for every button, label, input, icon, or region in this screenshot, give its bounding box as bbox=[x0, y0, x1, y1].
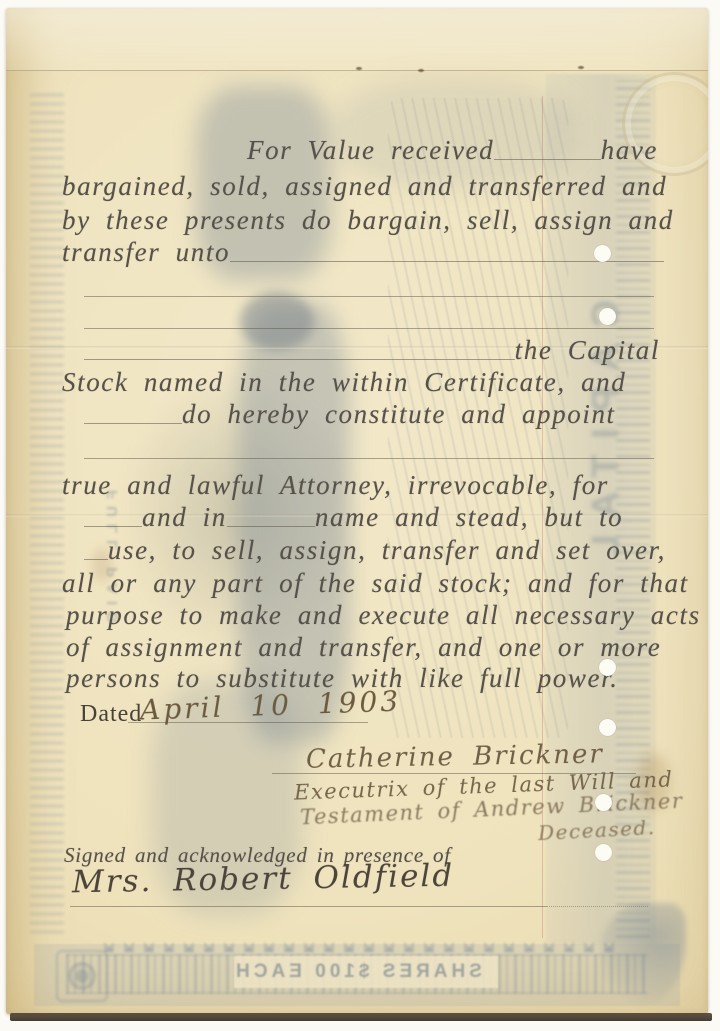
form-text: use, to sell, assign, transfer and set o… bbox=[108, 537, 666, 564]
shares-band-plate bbox=[234, 956, 498, 988]
form-line-9: and in name and stead, but to bbox=[84, 495, 662, 531]
form-line-11: all or any part of the said stock; and f… bbox=[62, 561, 689, 597]
blank-rule bbox=[84, 423, 182, 424]
form-text: name and stead, but to bbox=[315, 504, 623, 531]
blank-rule bbox=[84, 296, 654, 297]
paper-bottom-shadow bbox=[10, 1013, 712, 1021]
shares-mirrored-ghost-text: SHARES $100 EACH bbox=[6, 961, 708, 983]
punch-hole bbox=[595, 794, 612, 811]
form-text: bargained, sold, assigned and transferre… bbox=[62, 173, 667, 200]
blank-rule bbox=[227, 526, 315, 527]
date-rule bbox=[128, 722, 368, 723]
handwritten-capacity-line3: Deceased. bbox=[538, 817, 656, 843]
punch-hole bbox=[599, 659, 616, 676]
blank-rule bbox=[494, 159, 600, 160]
form-line-8: true and lawful Attorney, irrevocable, f… bbox=[62, 463, 609, 499]
crease-speck bbox=[578, 66, 584, 69]
form-text: do hereby constitute and appoint bbox=[182, 401, 616, 428]
form-line-4: transfer unto bbox=[62, 230, 664, 266]
bottom-greek-key-ghost bbox=[66, 954, 648, 994]
form-line-7: do hereby constitute and appoint bbox=[84, 392, 648, 428]
form-line-2: bargained, sold, assigned and transferre… bbox=[62, 164, 667, 200]
form-text: and in bbox=[142, 504, 227, 531]
sawtooth-border-ghost bbox=[94, 936, 620, 952]
punch-hole bbox=[594, 245, 611, 262]
witness-rule-dotted bbox=[546, 906, 648, 907]
blank-rule bbox=[84, 526, 142, 527]
form-line-12: purpose to make and execute all necessar… bbox=[66, 593, 701, 629]
punch-hole bbox=[599, 719, 616, 736]
punch-hole bbox=[595, 844, 612, 861]
crease-speck bbox=[418, 69, 424, 72]
form-line-3: by these presents do bargain, sell, assi… bbox=[62, 198, 674, 234]
form-line-10: use, to sell, assign, transfer and set o… bbox=[84, 528, 666, 564]
corner-flourish-ghost bbox=[600, 903, 686, 1008]
top-fold-crease bbox=[6, 8, 708, 71]
scan-background: { "document_title": "Stock Certificate T… bbox=[0, 0, 720, 1031]
dated-line: Dated bbox=[80, 690, 142, 726]
handwritten-signature: Catherine Brickner bbox=[306, 741, 604, 772]
form-text: For Value received bbox=[247, 137, 494, 164]
crease-speck bbox=[356, 67, 362, 70]
form-line-1: For Value received have bbox=[70, 128, 658, 164]
witness-rule bbox=[70, 906, 546, 907]
bottom-border-ghost bbox=[34, 944, 680, 1006]
certificate-back-sheet: CAPITAL FULL PAID SHARES $100 EACH For V… bbox=[6, 8, 708, 1014]
form-line-5: the Capital bbox=[84, 328, 660, 364]
form-text: have bbox=[601, 137, 658, 164]
handwritten-date: April 10 1903 bbox=[140, 687, 402, 724]
form-text: transfer unto bbox=[62, 239, 230, 266]
handwritten-witness-name: Mrs. Robert Oldfield bbox=[72, 861, 455, 899]
corner-rosette-ghost bbox=[56, 950, 108, 1002]
blank-rule bbox=[84, 559, 108, 560]
form-line-6: Stock named in the within Certificate, a… bbox=[62, 360, 626, 396]
punch-hole bbox=[599, 308, 616, 325]
blank-rule bbox=[84, 458, 654, 459]
left-paper-edge-shading bbox=[6, 8, 56, 1014]
